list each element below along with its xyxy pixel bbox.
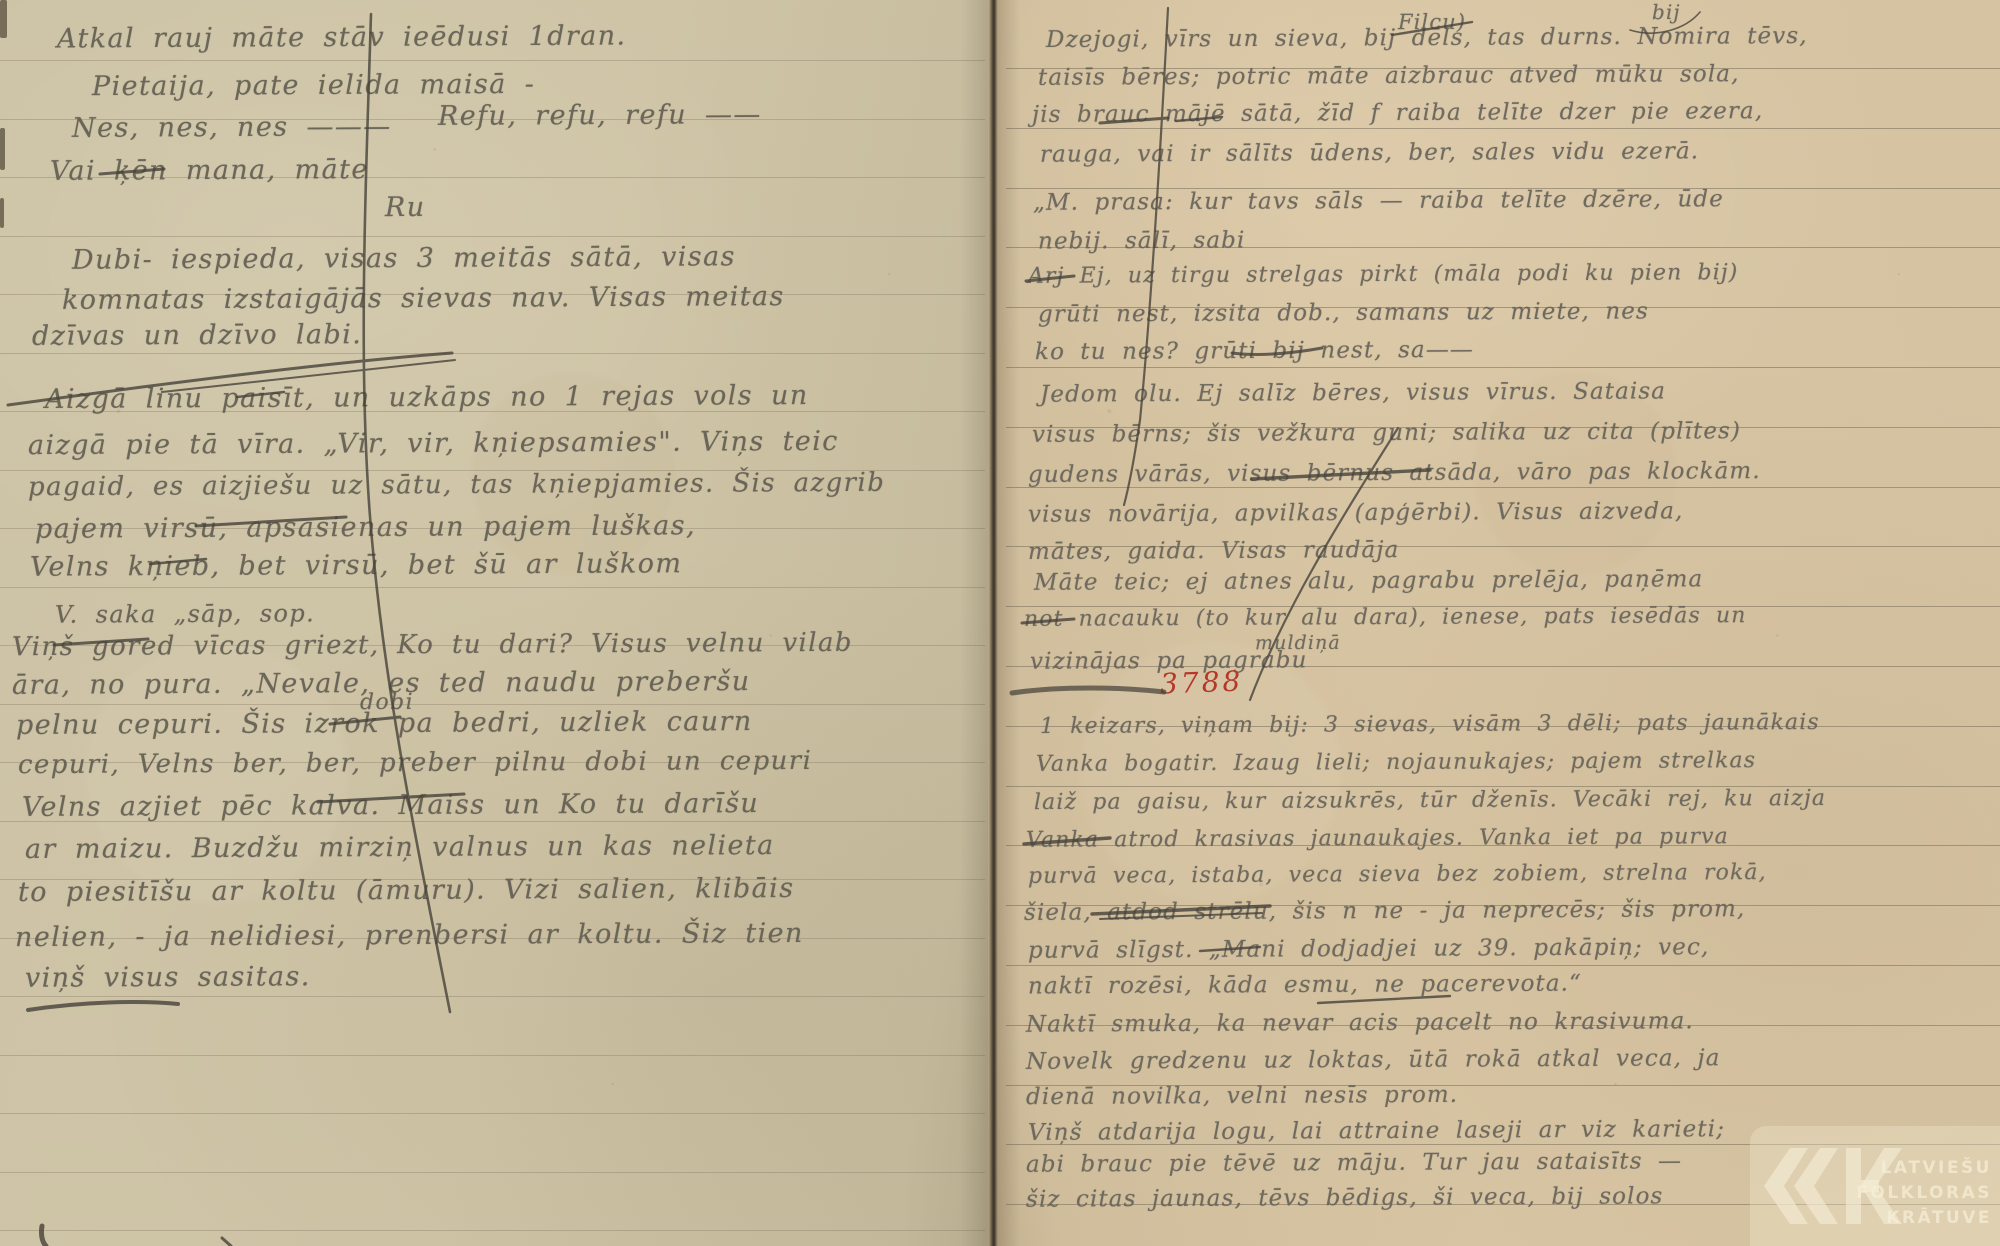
handwritten-line: nelien, - ja nelidiesi, prenbersi ar kol… [15, 918, 804, 953]
handwritten-line: pajem virsū, apsasienas un pajem luškas, [35, 510, 696, 544]
handwritten-line: Atkal rauj māte stāv ieēdusi 1dran. [57, 21, 627, 55]
lfk-watermark: LATVIEŠU FOLKLORAS KRĀTUVE [1750, 1126, 2000, 1246]
handwritten-line: Pietaija, pate ielida maisā - [92, 69, 535, 102]
handwritten-line: not nacauku (to kur alu dara), ienese, p… [1024, 603, 1747, 632]
rule-line [0, 1230, 985, 1231]
handwritten-line: bij [1652, 0, 1681, 24]
handwritten-line: komnatas izstaigājās sievas nav. Visas m… [62, 281, 785, 316]
handwritten-line: 1 keizars, viņam bij: 3 sievas, visām 3 … [1040, 710, 1820, 739]
handwritten-line: Vai ķēn mana, māte [50, 154, 369, 187]
handwritten-line: V. saka „sāp, sop. [55, 599, 315, 628]
handwritten-line: Naktī smuka, ka nevar acis pacelt no kra… [1026, 1008, 1694, 1037]
handwritten-line: purvā veca, istaba, veca sieva bez zobie… [1028, 860, 1767, 889]
handwritten-line: muldiņā [1255, 632, 1341, 654]
handwritten-line: laiž pa gaisu, kur aizsukrēs, tūr dženīs… [1034, 786, 1826, 815]
handwritten-line: aizgā pie tā vīra. „Vir, vir, kņiepsamie… [28, 426, 839, 461]
handwritten-line: Nes, nes, nes ——— [72, 111, 392, 144]
handwritten-line: Jedom olu. Ej salīz bēres, visus vīrus. … [1040, 378, 1666, 407]
handwritten-line: Māte teic; ej atnes alu, pagrabu prelēja… [1034, 566, 1703, 596]
handwritten-line: purvā slīgst. „Mani dodjadjei uz 39. pak… [1028, 934, 1709, 964]
handwritten-line: ko tu nes? grūti bij nest, sa—— [1035, 337, 1474, 365]
handwritten-line: nebij. sālī, sabi [1038, 227, 1246, 254]
handwritten-line: viņš visus sasitas. [25, 961, 311, 993]
handwritten-line: Vanka atrod krasivas jaunaukajes. Vanka … [1026, 824, 1729, 853]
rule-line [0, 236, 985, 237]
handwritten-line: Velns azjiet pēc kalva. Maiss un Ko tu d… [22, 788, 759, 823]
svg-text:LATVIEŠU: LATVIEŠU [1881, 1156, 1992, 1178]
handwritten-line: Aizgā linu paisīt, un uzkāps no 1 rejas … [45, 380, 809, 415]
rule-line [0, 60, 985, 61]
handwritten-line: dienā novilka, velni nesīs prom. [1026, 1082, 1458, 1110]
rule-line [0, 704, 985, 705]
archive-number: 3788 [1159, 665, 1243, 701]
handwritten-line: pagaid, es aizjiešu uz sātu, tas kņiepja… [28, 468, 885, 502]
rule-line [1006, 367, 2000, 368]
handwritten-line: rauga, vai ir sālīts ūdens, ber, sales v… [1040, 138, 1699, 167]
svg-text:KRĀTUVE: KRĀTUVE [1886, 1206, 1992, 1228]
binding-mark [0, 128, 5, 170]
rule-line [0, 1055, 985, 1056]
handwritten-line: Vanka bogatir. Izaug lieli; nojaunukajes… [1036, 748, 1756, 777]
handwritten-line: gudens vārās, visus bērnus atsāda, vāro … [1028, 458, 1761, 488]
handwritten-line: Dubi- iespieda, visas 3 meitās sātā, vis… [72, 241, 736, 275]
binding-mark [0, 198, 4, 228]
handwritten-line: „M. prasa: kur tavs sāls — raiba telīte … [1033, 186, 1724, 216]
handwritten-line: šiela, atdod strēlu, šis n ne - ja nepre… [1024, 896, 1745, 926]
handwritten-line: Filcu) [1398, 10, 1466, 34]
handwritten-line: visus novārija, apvilkas (apģērbi). Visu… [1028, 498, 1684, 527]
rule-line [1006, 965, 2000, 966]
handwritten-line: pelnu cepuri. Šis izrok pa bedri, uzliek… [16, 706, 753, 741]
handwritten-line: dzīvas un dzīvo labi. [32, 319, 362, 352]
rule-line [1006, 128, 2000, 129]
rule-line [0, 587, 985, 588]
svg-text:FOLKLORAS: FOLKLORAS [1856, 1183, 1992, 1203]
handwritten-line: Arj Ej, uz tirgu strelgas pirkt (māla po… [1028, 260, 1739, 289]
handwritten-line: mātes, gaida. Visas raudāja [1028, 537, 1399, 565]
handwritten-line: cepuri, Velns ber, ber, preber pilnu dob… [18, 746, 812, 780]
rule-line [0, 1172, 985, 1173]
handwritten-line: Novelk gredzenu uz loktas, ūtā rokā atka… [1026, 1045, 1721, 1075]
handwritten-line: taisīs bēres; potric māte aizbrauc atved… [1038, 61, 1740, 91]
handwritten-line: visus bērns; šis vežkura guni; salika uz… [1032, 418, 1741, 448]
handwritten-line: Ru [385, 192, 426, 223]
lfk-logo-icon: LATVIEŠU FOLKLORAS KRĀTUVE [1750, 1126, 2000, 1246]
handwritten-line: Viņš gored vīcas griezt, Ko tu dari? Vis… [12, 628, 853, 662]
handwritten-line: ar maizu. Buzdžu mirziņ valnus un kas ne… [25, 830, 775, 865]
rule-line [0, 996, 985, 997]
handwritten-line: abi brauc pie tēvē uz māju. Tur jau sata… [1026, 1148, 1682, 1177]
binding-mark [0, 0, 7, 38]
handwritten-line: šiz citas jaunas, tēvs bēdigs, ši veca, … [1026, 1183, 1664, 1212]
rule-line [0, 353, 985, 354]
manuscript-scan: Atkal rauj māte stāv ieēdusi 1dran.Pieta… [0, 0, 2000, 1246]
handwritten-line: to piesitīšu ar koltu (āmuru). Vizi sali… [18, 873, 795, 908]
handwritten-line: grūti nest, izsita dob., samans uz miete… [1038, 298, 1649, 327]
handwritten-line: Velns kņieb, bet virsū, bet šū ar luškom [30, 548, 683, 582]
handwritten-line: jis brauc mājē sātā, žīd f raiba telīte … [1032, 98, 1763, 128]
handwritten-line: Refu, refu, refu —— [438, 99, 762, 132]
handwritten-line: Viņš atdarija logu, lai attraine laseji … [1028, 1116, 1725, 1146]
handwritten-line: naktī rozēsi, kāda esmu, ne pacerevota.“ [1028, 971, 1582, 1000]
rule-line [0, 1113, 985, 1114]
